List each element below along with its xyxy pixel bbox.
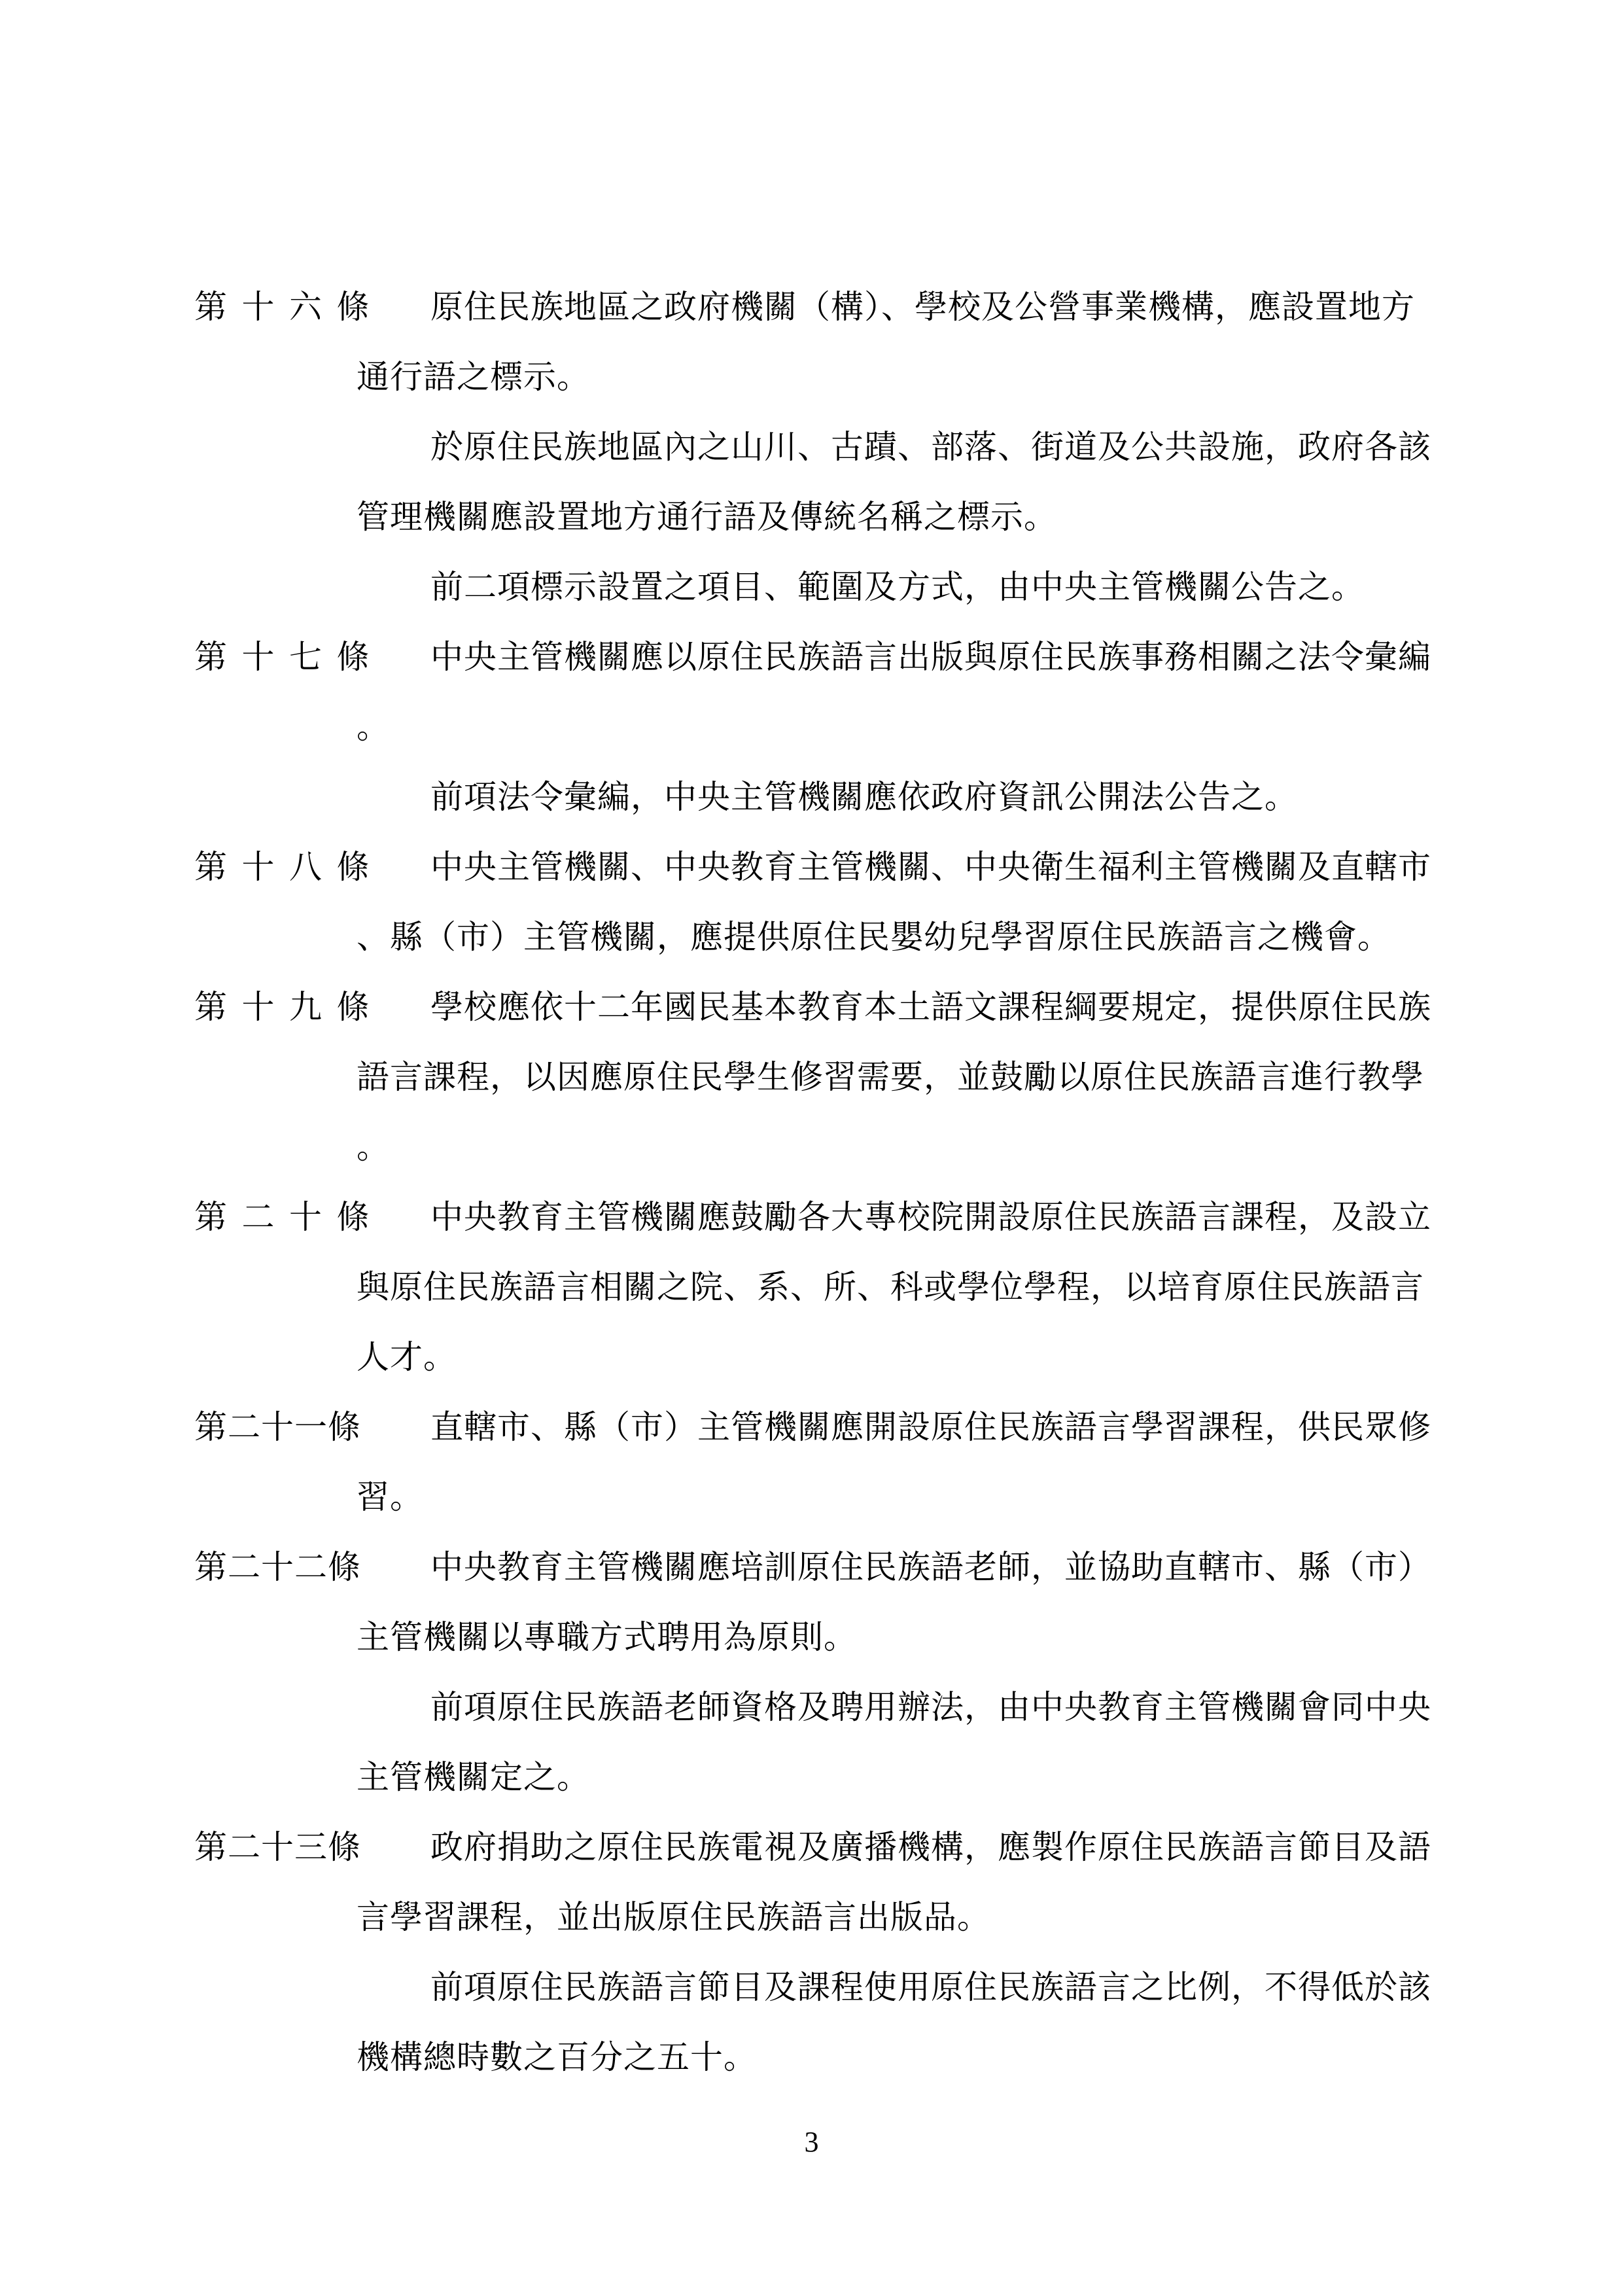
law-line: 前二項標示設置之項目、範圍及方式，由中央主管機關公告之。 xyxy=(0,552,1623,622)
law-line: 第 十 七 條中央主管機關應以原住民族語言出版與原住民族事務相關之法令彙編 xyxy=(0,622,1623,692)
article-number: 第 十 六 條 xyxy=(194,272,370,342)
law-line: 通行語之標示。 xyxy=(0,342,1623,412)
law-line: 習。 xyxy=(0,1462,1623,1532)
page-number: 3 xyxy=(0,2128,1623,2157)
law-line: 管理機關應設置地方通行語及傳統名稱之標示。 xyxy=(0,482,1623,552)
law-line: 前項原住民族語言節目及課程使用原住民族語言之比例，不得低於該 xyxy=(0,1952,1623,2022)
law-line-text: 與原住民族語言相關之院、系、所、科或學位學程，以培育原住民族語言 xyxy=(357,1252,1424,1322)
law-line: 第二十三條政府捐助之原住民族電視及廣播機構，應製作原住民族語言節目及語 xyxy=(0,1812,1623,1882)
article-number: 第二十三條 xyxy=(194,1812,361,1882)
law-line-text: 主管機關以專職方式聘用為原則。 xyxy=(357,1602,857,1672)
law-line-text: 中央主管機關應以原住民族語言出版與原住民族事務相關之法令彙編 xyxy=(430,622,1431,692)
law-line-text: 言學習課程，並出版原住民族語言出版品。 xyxy=(357,1882,990,1952)
law-line-text: 。 xyxy=(357,1112,390,1182)
law-line: 人才。 xyxy=(0,1322,1623,1392)
law-line-text: 中央教育主管機關應培訓原住民族語老師，並協助直轄市、縣（市） xyxy=(430,1532,1431,1602)
law-line-text: 通行語之標示。 xyxy=(357,342,590,412)
law-line-text: 、縣（市）主管機關，應提供原住民嬰幼兒學習原住民族語言之機會。 xyxy=(357,902,1391,972)
law-line-text: 原住民族地區之政府機關（構）、學校及公營事業機構，應設置地方 xyxy=(430,272,1415,342)
law-line: 語言課程，以因應原住民學生修習需要，並鼓勵以原住民族語言進行教學 xyxy=(0,1042,1623,1112)
law-line-text: 主管機關定之。 xyxy=(357,1742,590,1812)
law-line: 前項原住民族語老師資格及聘用辦法，由中央教育主管機關會同中央 xyxy=(0,1672,1623,1742)
law-line: 。 xyxy=(0,692,1623,762)
law-line-text: 直轄市、縣（市）主管機關應開設原住民族語言學習課程，供民眾修 xyxy=(430,1392,1431,1462)
law-line: 第 二 十 條中央教育主管機關應鼓勵各大專校院開設原住民族語言課程，及設立 xyxy=(0,1182,1623,1252)
article-number: 第二十一條 xyxy=(194,1392,361,1462)
law-line-text: 前項法令彙編，中央主管機關應依政府資訊公開法公告之。 xyxy=(430,762,1298,832)
law-line-text: 語言課程，以因應原住民學生修習需要，並鼓勵以原住民族語言進行教學 xyxy=(357,1042,1424,1112)
law-line-text: 人才。 xyxy=(357,1322,457,1392)
law-line: 於原住民族地區內之山川、古蹟、部落、街道及公共設施，政府各該 xyxy=(0,412,1623,482)
law-line-text: 前項原住民族語言節目及課程使用原住民族語言之比例，不得低於該 xyxy=(430,1952,1431,2022)
law-line-text: 政府捐助之原住民族電視及廣播機構，應製作原住民族語言節目及語 xyxy=(430,1812,1431,1882)
law-line: 前項法令彙編，中央主管機關應依政府資訊公開法公告之。 xyxy=(0,762,1623,832)
law-line-text: 管理機關應設置地方通行語及傳統名稱之標示。 xyxy=(357,482,1057,552)
law-line-text: 前項原住民族語老師資格及聘用辦法，由中央教育主管機關會同中央 xyxy=(430,1672,1431,1742)
article-number: 第 十 八 條 xyxy=(194,832,370,902)
article-number: 第 十 九 條 xyxy=(194,972,370,1042)
law-line-text: 習。 xyxy=(357,1462,423,1532)
law-line: 第 十 六 條原住民族地區之政府機關（構）、學校及公營事業機構，應設置地方 xyxy=(0,272,1623,342)
law-line: 第二十一條直轄市、縣（市）主管機關應開設原住民族語言學習課程，供民眾修 xyxy=(0,1392,1623,1462)
law-text-block: 第 十 六 條原住民族地區之政府機關（構）、學校及公營事業機構，應設置地方通行語… xyxy=(0,272,1623,2093)
law-line: 言學習課程，並出版原住民族語言出版品。 xyxy=(0,1882,1623,1952)
law-line: 第 十 八 條中央主管機關、中央教育主管機關、中央衛生福利主管機關及直轄市 xyxy=(0,832,1623,902)
law-line-text: 中央主管機關、中央教育主管機關、中央衛生福利主管機關及直轄市 xyxy=(430,832,1431,902)
law-line: 。 xyxy=(0,1112,1623,1182)
law-line: 主管機關定之。 xyxy=(0,1742,1623,1812)
law-line: 第 十 九 條學校應依十二年國民基本教育本土語文課程綱要規定，提供原住民族 xyxy=(0,972,1623,1042)
article-number: 第 十 七 條 xyxy=(194,622,370,692)
document-page: 第 十 六 條原住民族地區之政府機關（構）、學校及公營事業機構，應設置地方通行語… xyxy=(0,0,1623,2296)
law-line-text: 。 xyxy=(357,692,390,762)
law-line-text: 前二項標示設置之項目、範圍及方式，由中央主管機關公告之。 xyxy=(430,552,1365,622)
law-line-text: 於原住民族地區內之山川、古蹟、部落、街道及公共設施，政府各該 xyxy=(430,412,1431,482)
law-line: 主管機關以專職方式聘用為原則。 xyxy=(0,1602,1623,1672)
article-number: 第二十二條 xyxy=(194,1532,361,1602)
article-number: 第 二 十 條 xyxy=(194,1182,370,1252)
law-line: 、縣（市）主管機關，應提供原住民嬰幼兒學習原住民族語言之機會。 xyxy=(0,902,1623,972)
law-line: 機構總時數之百分之五十。 xyxy=(0,2022,1623,2093)
law-line-text: 機構總時數之百分之五十。 xyxy=(357,2022,757,2093)
law-line-text: 中央教育主管機關應鼓勵各大專校院開設原住民族語言課程，及設立 xyxy=(430,1182,1431,1252)
law-line: 第二十二條中央教育主管機關應培訓原住民族語老師，並協助直轄市、縣（市） xyxy=(0,1532,1623,1602)
law-line: 與原住民族語言相關之院、系、所、科或學位學程，以培育原住民族語言 xyxy=(0,1252,1623,1322)
law-line-text: 學校應依十二年國民基本教育本土語文課程綱要規定，提供原住民族 xyxy=(430,972,1431,1042)
